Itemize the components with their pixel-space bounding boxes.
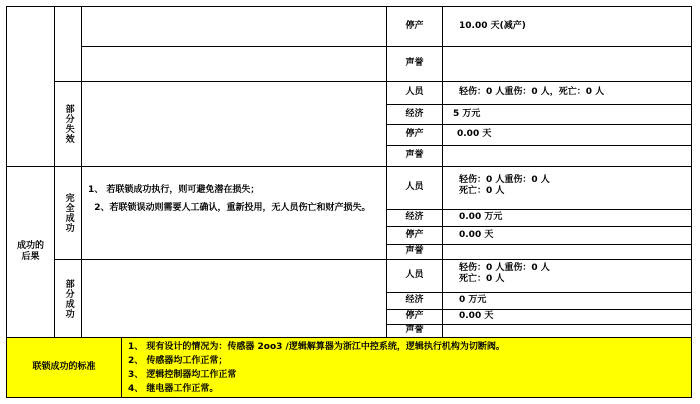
row-label-reputation-ps: 声誉	[386, 324, 443, 338]
interlock-standard-item-2: 2、 传感器均工作正常；	[128, 354, 685, 368]
subcategory-full-success: 完全成功	[54, 166, 82, 260]
row-value-reputation-pf	[442, 145, 692, 167]
row-label-economic-fs: 经济	[386, 209, 443, 227]
row-value-shutdown-top: 10.00 天(减产)	[442, 6, 692, 47]
description-cell-top-2	[81, 46, 387, 82]
description-partial-success	[81, 259, 387, 338]
subcategory-partial-success: 部分成功	[54, 259, 82, 338]
row-value-personnel-fs: 轻伤：0 人重伤：0 人 死亡：0 人	[442, 166, 692, 210]
full-success-desc-item-2: 2、若联锁误动则需要人工确认，重新投用，无人员伤亡和财产损失。	[88, 199, 378, 217]
category-cell-success-consequences: 成功的 后果	[6, 166, 55, 338]
description-partial-failure	[81, 81, 387, 167]
row-value-economic-fs: 0.00 万元	[442, 209, 692, 227]
row-label-personnel-fs: 人员	[386, 166, 443, 210]
interlock-standard-item-4: 4、 继电器工作正常。	[128, 382, 685, 396]
row-label-shutdown-pf: 停产	[386, 124, 443, 146]
row-value-personnel-pf: 轻伤：0 人重伤：0 人，死亡：0 人	[442, 81, 692, 105]
category-label-line2: 后果	[21, 252, 39, 263]
interlock-standard-label: 联锁成功的标准	[6, 337, 122, 398]
row-label-personnel-ps: 人员	[386, 259, 443, 293]
category-label-line1: 成功的	[17, 241, 44, 252]
row-label-economic-pf: 经济	[386, 104, 443, 125]
row-value-economic-ps: 0 万元	[442, 292, 692, 310]
interlock-standard-item-1: 1、 现有设计的情况为：传感器 2oo3 /逻辑解算器为浙江中控系统，逻辑执行机…	[128, 340, 685, 354]
row-value-shutdown-fs: 0.00 天	[442, 226, 692, 245]
full-success-desc-item-1: 1、 若联锁成功执行，则可避免潜在损失；	[88, 181, 378, 199]
row-label-reputation-pf: 声誉	[386, 145, 443, 167]
interlock-standard-item-3: 3、 逻辑控制器均工作正常	[128, 368, 685, 382]
row-label-personnel-pf: 人员	[386, 81, 443, 105]
row-label-shutdown-ps: 停产	[386, 309, 443, 325]
description-full-success: 1、 若联锁成功执行，则可避免潜在损失； 2、若联锁误动则需要人工确认，重新投用…	[81, 166, 387, 260]
row-label-shutdown-top: 停产	[386, 6, 443, 47]
category-cell-top	[6, 6, 55, 167]
row-label-shutdown-fs: 停产	[386, 226, 443, 245]
subcategory-cell-top	[54, 6, 82, 82]
row-value-personnel-ps: 轻伤：0 人重伤：0 人 死亡：0 人	[442, 259, 692, 293]
row-label-reputation-fs: 声誉	[386, 244, 443, 260]
row-value-shutdown-ps: 0.00 天	[442, 309, 692, 325]
row-value-reputation-top	[442, 46, 692, 82]
subcategory-partial-failure: 部分失效	[54, 81, 82, 167]
row-label-reputation-top: 声誉	[386, 46, 443, 82]
row-value-shutdown-pf: 0.00 天	[442, 124, 692, 146]
row-value-reputation-fs	[442, 244, 692, 260]
row-value-economic-pf: 5 万元	[442, 104, 692, 125]
interlock-standard-items: 1、 现有设计的情况为：传感器 2oo3 /逻辑解算器为浙江中控系统，逻辑执行机…	[121, 337, 692, 398]
row-label-economic-ps: 经济	[386, 292, 443, 310]
row-value-reputation-ps	[442, 324, 692, 338]
description-cell-top-1	[81, 6, 387, 47]
